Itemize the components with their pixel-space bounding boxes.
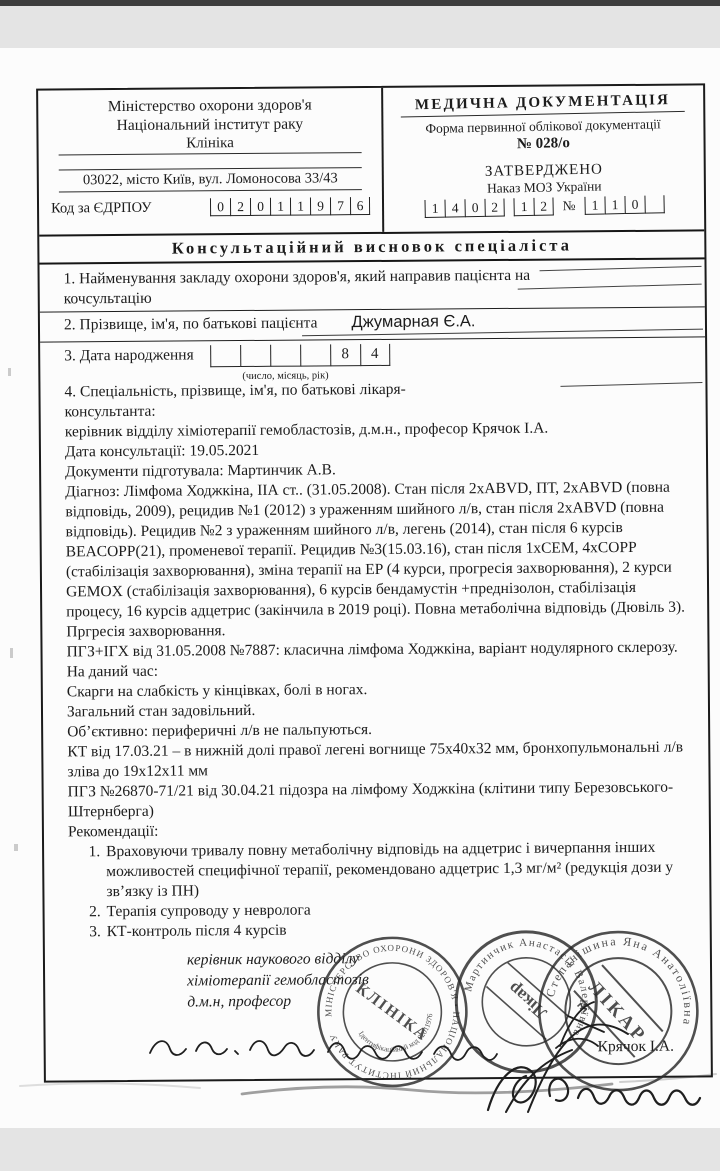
scan-speck bbox=[14, 844, 18, 851]
form-body: 1. Найменування закладу охорони здоров'я… bbox=[39, 259, 710, 1013]
code-digit: 9 bbox=[310, 197, 330, 215]
trident-emblem bbox=[578, 1001, 589, 1012]
institution-address: 03022, місто Київ, вул. Ломоносова 33/43 bbox=[49, 168, 372, 191]
date-digit: 8 bbox=[330, 344, 360, 366]
ct-findings-line: КТ від 17.03.21 – в нижній долі правої л… bbox=[67, 738, 688, 783]
order-code-row: 1 4 0 2 1 2 № 1 1 0 bbox=[392, 195, 696, 219]
patient-name-value: Джумарная Є.А. bbox=[351, 311, 475, 332]
date-digit bbox=[300, 344, 330, 366]
scanned-document-page: Міністерство охорони здоров'я Національн… bbox=[0, 0, 720, 1171]
institute-line: Національний інститут раку bbox=[48, 114, 371, 136]
edrpou-code-boxes: 0 2 0 1 1 9 7 6 bbox=[210, 197, 370, 216]
field3-label: 3. Дата народження bbox=[64, 345, 194, 366]
ministry-line: Міністерство охорони здоров'я bbox=[48, 95, 371, 117]
code-digit: 1 bbox=[270, 198, 290, 216]
field2-label: 2. Прізвище, ім'я, по батькові пацієнта bbox=[64, 313, 318, 335]
code-digit: 2 bbox=[485, 198, 505, 216]
clinic-line: Клініка bbox=[48, 133, 371, 154]
birth-date-row: 3. Дата народження 8 4 (число, місяць, р… bbox=[64, 340, 685, 383]
scan-smudge bbox=[20, 1083, 200, 1088]
number-sign: № bbox=[563, 198, 576, 215]
form-header: Міністерство охорони здоров'я Національн… bbox=[38, 85, 704, 236]
code-digit: 1 bbox=[514, 198, 534, 216]
scan-speck bbox=[10, 648, 13, 658]
date-format-caption: (число, місяць, рік) bbox=[242, 366, 328, 387]
date-digit bbox=[270, 345, 300, 367]
scan-speck bbox=[8, 368, 11, 376]
code-digit: 2 bbox=[534, 197, 554, 215]
biopsy-line: ПГЗ №26870-71/21 від 30.04.21 підозра на… bbox=[68, 778, 689, 823]
birth-date-boxes: 8 4 bbox=[210, 344, 390, 367]
recommendation-item: Враховуючи тривалу повну метаболічну від… bbox=[104, 838, 689, 903]
code-digit: 0 bbox=[465, 199, 485, 217]
code-digit: 2 bbox=[230, 198, 250, 216]
header-institution-cell: Міністерство охорони здоров'я Національн… bbox=[38, 88, 384, 235]
code-digit: 4 bbox=[445, 199, 465, 217]
code-digit: 1 bbox=[290, 197, 310, 215]
gray-band-top bbox=[0, 6, 720, 48]
order-number-boxes: 1 1 0 bbox=[584, 195, 664, 215]
code-digit: 0 bbox=[250, 198, 270, 216]
code-digit: 1 bbox=[584, 196, 604, 214]
edrpou-row: Код за ЄДРПОУ 0 2 0 1 1 9 7 6 bbox=[49, 197, 372, 218]
edrpou-label: Код за ЄДРПОУ bbox=[51, 199, 152, 217]
date-digit bbox=[240, 345, 270, 367]
code-digit bbox=[644, 195, 664, 213]
header-documentation-cell: МЕДИЧНА ДОКУМЕНТАЦІЯ Форма первинної обл… bbox=[382, 83, 705, 233]
date-digit: 4 bbox=[360, 344, 390, 366]
code-digit: 7 bbox=[330, 197, 350, 215]
diagnosis-paragraph: Діагноз: Лімфома Ходжкіна, ІІА ст.. (31.… bbox=[65, 478, 687, 623]
gray-band-bottom bbox=[0, 1128, 720, 1171]
order-date-boxes: 1 4 0 2 bbox=[425, 198, 505, 218]
doctor-stamp-likar: Степанішина Яна Анатоліївна ЛІКАР bbox=[533, 925, 704, 1096]
code-digit: 0 bbox=[624, 196, 644, 214]
blank-fill-line bbox=[49, 153, 372, 169]
date-digit bbox=[210, 345, 240, 367]
code-digit: 1 bbox=[425, 200, 445, 218]
code-digit: 1 bbox=[604, 196, 624, 214]
medical-form-028: Міністерство охорони здоров'я Національн… bbox=[36, 83, 713, 1082]
patient-name-row: 2. Прізвище, ім'я, по батькові пацієнта … bbox=[64, 310, 685, 340]
code-digit: 6 bbox=[350, 197, 370, 215]
code-digit: 0 bbox=[210, 198, 230, 216]
order-year-boxes: 1 2 bbox=[514, 197, 554, 216]
